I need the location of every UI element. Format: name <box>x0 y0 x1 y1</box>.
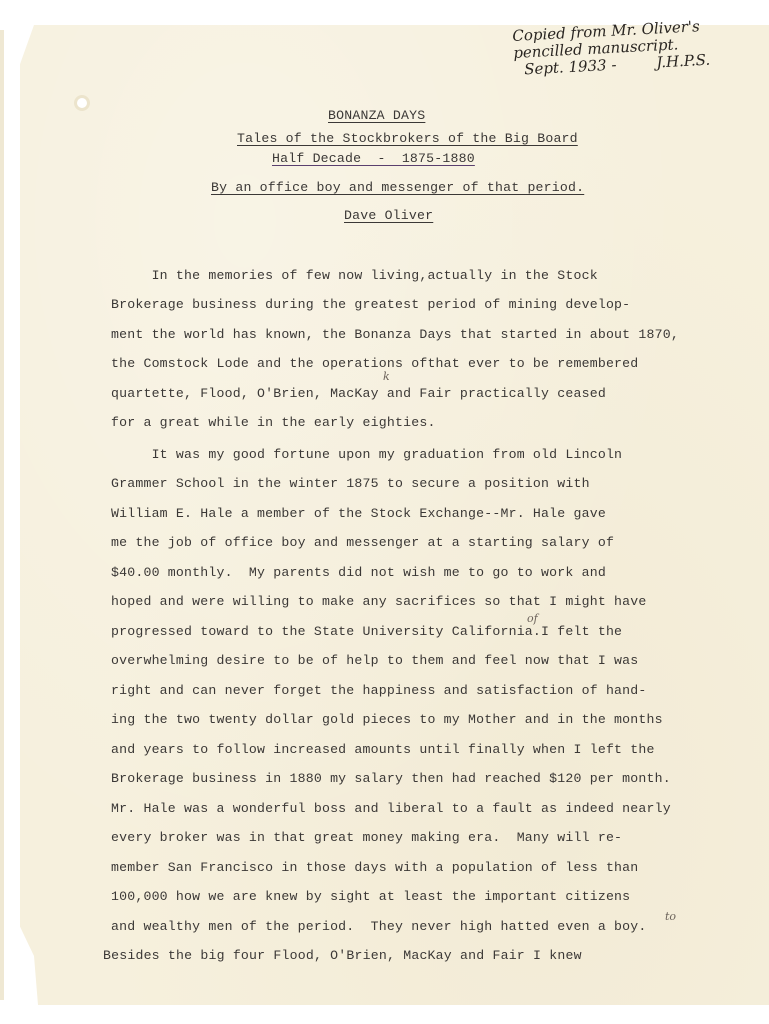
body-line: every broker was in that great money mak… <box>111 830 622 845</box>
body-line: Mr. Hale was a wonderful boss and libera… <box>111 801 671 816</box>
body-line: William E. Hale a member of the Stock Ex… <box>111 506 606 521</box>
body-line: for a great while in the early eighties. <box>111 415 436 430</box>
body-line: and years to follow increased amounts un… <box>111 742 655 757</box>
body-line: me the job of office boy and messenger a… <box>111 535 614 550</box>
pencil-insertion-mark: to <box>665 910 676 923</box>
document-subtitle-line-2: Half Decade - 1875-1880 <box>272 151 475 166</box>
body-line: Brokerage business in 1880 my salary the… <box>111 771 671 786</box>
body-line: Brokerage business during the greatest p… <box>111 297 630 312</box>
adjacent-page-edge <box>0 30 4 1000</box>
document-author: Dave Oliver <box>344 208 433 223</box>
pencil-correction-mark: k <box>383 370 390 383</box>
body-line: hoped and were willing to make any sacri… <box>111 594 647 609</box>
body-line: quartette, Flood, O'Brien, MacKay and Fa… <box>111 386 606 401</box>
punch-hole <box>77 98 87 108</box>
document-byline: By an office boy and messenger of that p… <box>211 180 584 195</box>
body-line: ment the world has known, the Bonanza Da… <box>111 327 679 342</box>
document-title: BONANZA DAYS <box>328 108 425 123</box>
pencil-insertion-mark: of <box>527 612 538 625</box>
body-line: progressed toward to the State Universit… <box>111 624 622 639</box>
body-line: Besides the big four Flood, O'Brien, Mac… <box>103 948 582 963</box>
body-line: In the memories of few now living,actual… <box>111 268 598 283</box>
body-line: right and can never forget the happiness… <box>111 683 647 698</box>
body-line: It was my good fortune upon my graduatio… <box>111 447 622 462</box>
body-line: overwhelming desire to be of help to the… <box>111 653 638 668</box>
body-line: $40.00 monthly. My parents did not wish … <box>111 565 606 580</box>
handnote-initials: J.H.P.S. <box>656 51 711 72</box>
document-subtitle-line-1: Tales of the Stockbrokers of the Big Boa… <box>237 131 578 146</box>
body-line: 100,000 how we are knew by sight at leas… <box>111 889 630 904</box>
body-line: Grammer School in the winter 1875 to sec… <box>111 476 590 491</box>
body-line: member San Francisco in those days with … <box>111 860 638 875</box>
body-line: the Comstock Lode and the operations oft… <box>111 356 638 371</box>
body-line: ing the two twenty dollar gold pieces to… <box>111 712 663 727</box>
scan-stage: Copied from Mr. Oliver's pencilled manus… <box>0 0 769 1024</box>
body-line: and wealthy men of the period. They neve… <box>111 919 647 934</box>
